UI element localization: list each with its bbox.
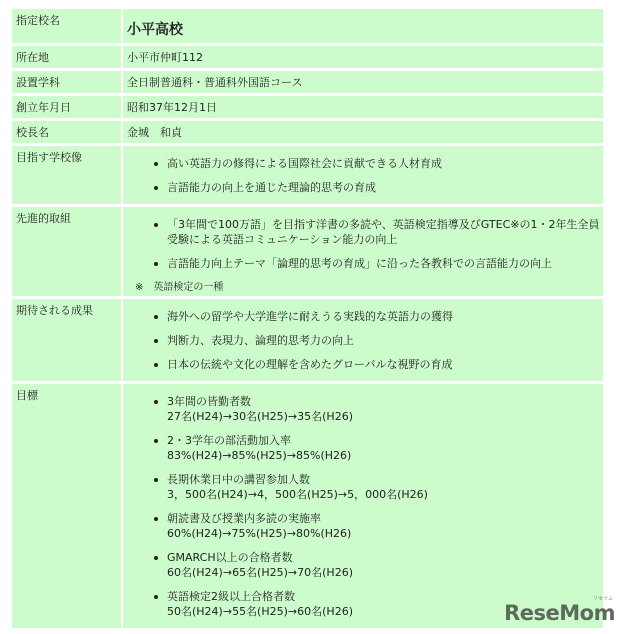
goal-detail: 83%(H24)→85%(H25)→85%(H26)	[167, 448, 603, 463]
label-expected-results: 期待される成果	[12, 299, 121, 381]
value-vision: 高い英語力の修得による国際社会に貢献できる人材育成 言語能力の向上を通じた理論的…	[123, 146, 603, 204]
row-goals: 目標 3年間の皆勤者数 27名(H24)→30名(H25)→35名(H26) 2…	[12, 384, 603, 628]
goal-title: 朝読書及び授業内多読の実施率	[167, 511, 603, 526]
initiatives-list: 「3年間で100万語」を目指す洋書の多読や、英語検定指導及びGTEC※の1・2年…	[127, 217, 603, 271]
footnote: ※ 英語検定の一種	[135, 280, 603, 295]
vision-list: 高い英語力の修得による国際社会に貢献できる人材育成 言語能力の向上を通じた理論的…	[127, 156, 603, 195]
list-item: 判断力、表現力、論理的思考力の向上	[167, 333, 603, 348]
goal-item: 2・3学年の部活動加入率 83%(H24)→85%(H25)→85%(H26)	[167, 433, 603, 463]
value-founded: 昭和37年12月1日	[123, 96, 603, 118]
school-name: 小平高校	[127, 21, 183, 39]
row-departments: 設置学科 全日制普通科・普通科外国語コース	[12, 71, 603, 93]
value-departments: 全日制普通科・普通科外国語コース	[123, 71, 603, 93]
goal-detail: 27名(H24)→30名(H25)→35名(H26)	[167, 409, 603, 424]
goal-item: 3年間の皆勤者数 27名(H24)→30名(H25)→35名(H26)	[167, 394, 603, 424]
row-initiatives: 先進的取組 「3年間で100万語」を目指す洋書の多読や、英語検定指導及びGTEC…	[12, 207, 603, 296]
value-school-name-cell: 小平高校	[123, 9, 603, 43]
value-goals: 3年間の皆勤者数 27名(H24)→30名(H25)→35名(H26) 2・3学…	[123, 384, 603, 628]
value-initiatives: 「3年間で100万語」を目指す洋書の多読や、英語検定指導及びGTEC※の1・2年…	[123, 207, 603, 296]
list-item: 言語能力向上テーマ「論理的思考の育成」に沿った各教科での言語能力の向上	[167, 256, 603, 271]
label-goals: 目標	[12, 384, 121, 628]
list-item: 日本の伝統や文化の理解を含めたグローバルな視野の育成	[167, 357, 603, 372]
goal-title: GMARCH以上の合格者数	[167, 550, 603, 565]
label-departments: 設置学科	[12, 71, 121, 93]
goals-list: 3年間の皆勤者数 27名(H24)→30名(H25)→35名(H26) 2・3学…	[127, 394, 603, 619]
label-address: 所在地	[12, 46, 121, 68]
goal-item: 長期休業日中の講習参加人数 3，500名(H24)→4，500名(H25)→5，…	[167, 472, 603, 502]
list-item: 言語能力の向上を通じた理論的思考の育成	[167, 180, 603, 195]
label-school-name: 指定校名	[12, 9, 121, 43]
goal-item: 朝読書及び授業内多読の実施率 60%(H24)→75%(H25)→80%(H26…	[167, 511, 603, 541]
label-founded: 創立年月日	[12, 96, 121, 118]
expected-results-list: 海外への留学や大学進学に耐えうる実践的な英語力の獲得 判断力、表現力、論理的思考…	[127, 309, 603, 372]
logo-text: ReseMom	[504, 601, 615, 625]
goal-title: 2・3学年の部活動加入率	[167, 433, 603, 448]
goal-detail: 60%(H24)→75%(H25)→80%(H26)	[167, 526, 603, 541]
goal-title: 長期休業日中の講習参加人数	[167, 472, 603, 487]
value-expected-results: 海外への留学や大学進学に耐えうる実践的な英語力の獲得 判断力、表現力、論理的思考…	[123, 299, 603, 381]
goal-detail: 3，500名(H24)→4，500名(H25)→5，000名(H26)	[167, 487, 603, 502]
goal-item: GMARCH以上の合格者数 60名(H24)→65名(H25)→70名(H26)	[167, 550, 603, 580]
school-info-table: 指定校名 小平高校 所在地 小平市仲町112 設置学科 全日制普通科・普通科外国…	[10, 6, 605, 631]
label-initiatives: 先進的取組	[12, 207, 121, 296]
value-principal: 金城 和貞	[123, 121, 603, 143]
row-address: 所在地 小平市仲町112	[12, 46, 603, 68]
row-principal: 校長名 金城 和貞	[12, 121, 603, 143]
list-item: 海外への留学や大学進学に耐えうる実践的な英語力の獲得	[167, 309, 603, 324]
label-vision: 目指す学校像	[12, 146, 121, 204]
list-item: 高い英語力の修得による国際社会に貢献できる人材育成	[167, 156, 603, 171]
label-principal: 校長名	[12, 121, 121, 143]
logo-ruby: リセマム	[593, 595, 613, 602]
row-vision: 目指す学校像 高い英語力の修得による国際社会に貢献できる人材育成 言語能力の向上…	[12, 146, 603, 204]
row-expected-results: 期待される成果 海外への留学や大学進学に耐えうる実践的な英語力の獲得 判断力、表…	[12, 299, 603, 381]
goal-title: 3年間の皆勤者数	[167, 394, 603, 409]
list-item: 「3年間で100万語」を目指す洋書の多読や、英語検定指導及びGTEC※の1・2年…	[167, 217, 603, 247]
value-address: 小平市仲町112	[123, 46, 603, 68]
row-founded: 創立年月日 昭和37年12月1日	[12, 96, 603, 118]
goal-detail: 60名(H24)→65名(H25)→70名(H26)	[167, 565, 603, 580]
row-school-name: 指定校名 小平高校	[12, 9, 603, 43]
resemom-logo: リセマム ReseMom	[504, 601, 615, 625]
